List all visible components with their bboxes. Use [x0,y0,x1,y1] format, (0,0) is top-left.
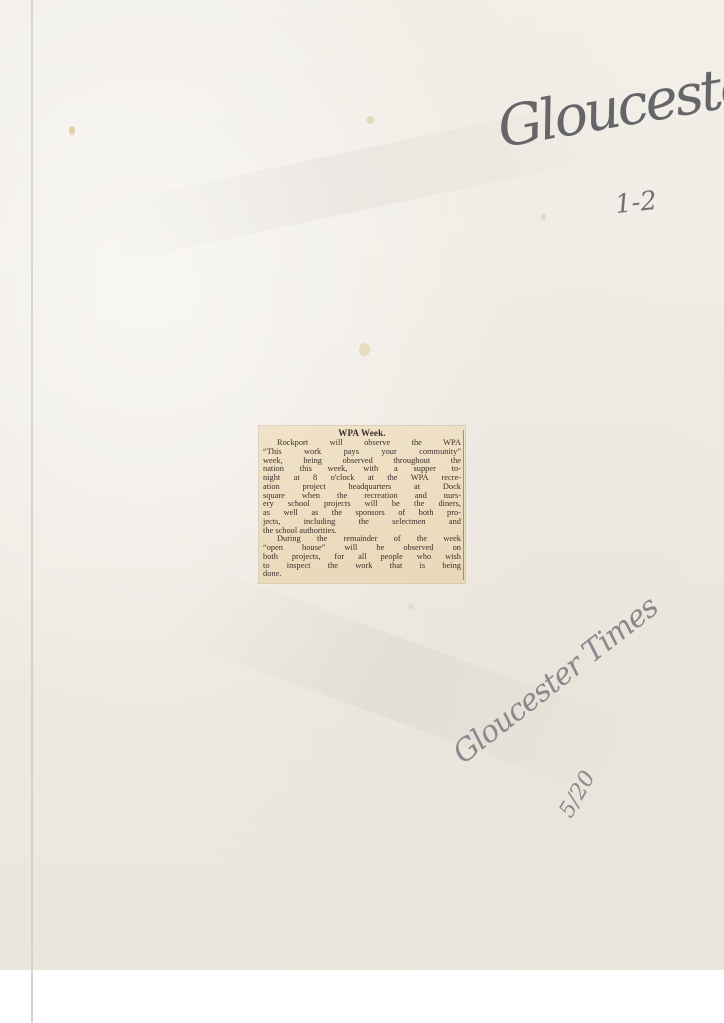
stain-mark [69,126,75,135]
clipping-line: to inspect the work that is being [263,562,461,571]
clipping-line: done. [263,570,461,579]
newspaper-clipping: WPA Week. Rockport will observe the WPA … [259,426,465,583]
stain-mark [366,116,374,124]
left-margin-line [31,0,33,1023]
clipping-headline: WPA Week. [263,428,461,438]
handwritten-page-ref: 1-2 [614,186,659,220]
stain-mark [408,604,414,610]
scanned-page: Gloucester 1-2 WPA Week. Rockport will o… [0,0,724,1023]
clipping-paragraph-1: Rockport will observe the WPA “This work… [263,439,461,535]
clipping-paragraph-2: During the remainder of the week “open h… [263,535,461,579]
stain-mark [541,214,546,220]
column-rule [463,430,464,580]
stain-mark [359,343,370,356]
